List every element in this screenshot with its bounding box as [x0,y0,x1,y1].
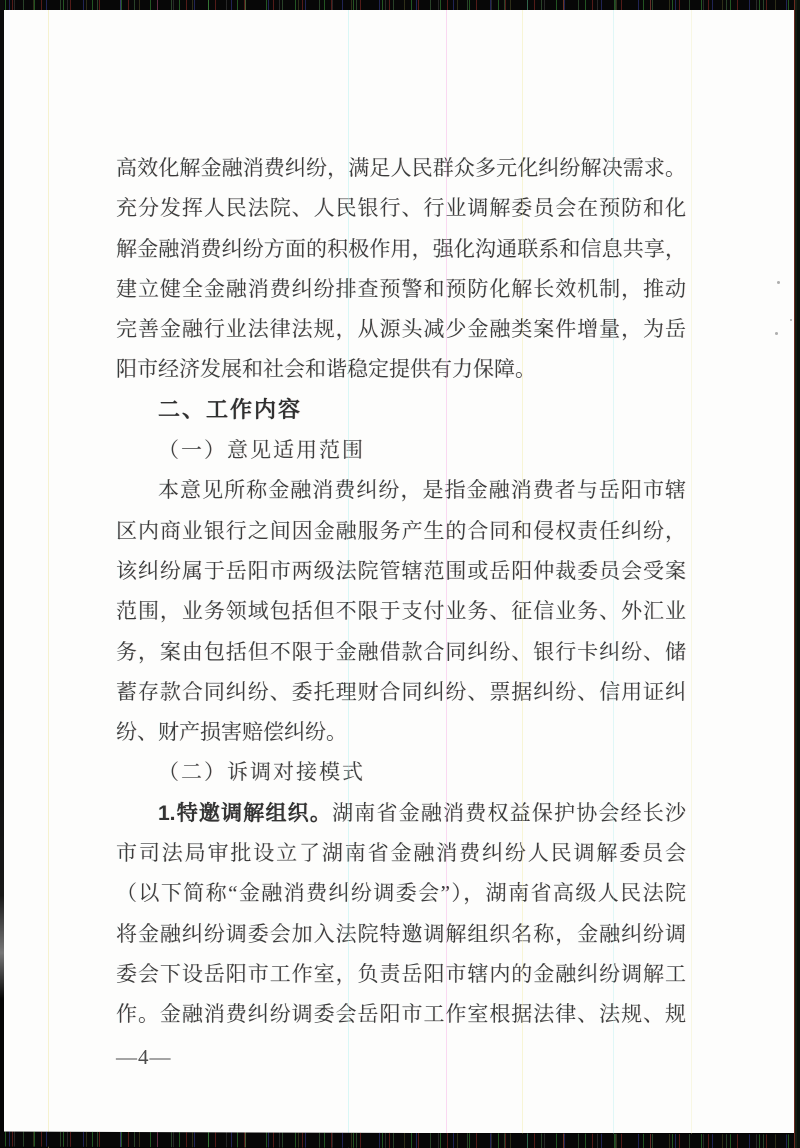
text-line: 纷、财产损害赔偿纠纷。 [116,712,686,752]
text-line: 市司法局审批设立了湖南省金融消费纠纷人民调解委员会 [116,833,686,873]
scanned-document-screenshot: 高效化解金融消费纠纷，满足人民群众多元化纠纷解决需求。充分发挥人民法院、人民银行… [0,0,800,1148]
text-line: （二）诉调对接模式 [116,752,686,792]
text-line: 二、工作内容 [116,390,686,430]
text-run: （以下简称“金融消费纠纷调委会”），湖南省高级人民法院 [116,881,686,905]
text-run: 蓄存款合同纠纷、委托理财合同纠纷、票据纠纷、信用证纠 [116,680,686,704]
text-line: 完善金融行业法律法规，从源头减少金融类案件增量，为岳 [116,309,686,349]
text-line: 充分发挥人民法院、人民银行、行业调解委员会在预防和化 [116,188,686,228]
text-line: 将金融纠纷调委会加入法院特邀调解组织名称，金融纠纷调 [116,914,686,954]
text-line: 作。金融消费纠纷调委会岳阳市工作室根据法律、法规、规 [116,994,686,1034]
text-line: 1.特邀调解组织。湖南省金融消费权益保护协会经长沙 [116,793,686,833]
page-number: —4— [116,1045,172,1070]
text-line: 务，案由包括但不限于金融借款合同纠纷、银行卡纠纷、储 [116,632,686,672]
scan-left-edge [0,0,4,1148]
text-line: 该纠纷属于岳阳市两级法院管辖范围或岳阳仲裁委员会受案 [116,551,686,591]
text-run: 务，案由包括但不限于金融借款合同纠纷、银行卡纠纷、储 [116,640,686,664]
text-run: 高效化解金融消费纠纷，满足人民群众多元化纠纷解决需求。 [116,156,686,180]
text-run: 阳市经济发展和社会和谐稳定提供有力保障。 [116,357,536,381]
text-line: 范围，业务领域包括但不限于支付业务、征信业务、外汇业 [116,591,686,631]
text-line: 区内商业银行之间因金融服务产生的合同和侵权责任纠纷， [116,511,686,551]
text-run: 范围，业务领域包括但不限于支付业务、征信业务、外汇业 [116,599,686,623]
text-line: 高效化解金融消费纠纷，满足人民群众多元化纠纷解决需求。 [116,148,686,188]
text-line: 本意见所称金融消费纠纷，是指金融消费者与岳阳市辖 [116,470,686,510]
text-run: 本意见所称金融消费纠纷，是指金融消费者与岳阳市辖 [158,478,686,502]
text-line: （以下简称“金融消费纠纷调委会”），湖南省高级人民法院 [116,873,686,913]
text-run: 建立健全金融消费纠纷排查预警和预防化解长效机制，推动 [116,277,686,301]
text-run: 委会下设岳阳市工作室，负责岳阳市辖内的金融纠纷调解工 [116,962,686,986]
document-text: 高效化解金融消费纠纷，满足人民群众多元化纠纷解决需求。充分发挥人民法院、人民银行… [116,148,686,1035]
text-run: （二）诉调对接模式 [158,760,365,784]
text-run: 1.特邀调解组织。 [158,802,332,825]
text-run: 该纠纷属于岳阳市两级法院管辖范围或岳阳仲裁委员会受案 [116,559,686,583]
text-run: 将金融纠纷调委会加入法院特邀调解组织名称，金融纠纷调 [116,922,686,946]
text-line: 委会下设岳阳市工作室，负责岳阳市辖内的金融纠纷调解工 [116,954,686,994]
text-line: 解金融消费纠纷方面的积极作用，强化沟通联系和信息共享， [116,229,686,269]
text-run: （一）意见适用范围 [158,438,365,462]
scan-top-band [0,0,800,10]
text-run: 作。金融消费纠纷调委会岳阳市工作室根据法律、法规、规 [116,1002,686,1026]
text-run: 纷、财产损害赔偿纠纷。 [116,720,347,744]
text-run: 充分发挥人民法院、人民银行、行业调解委员会在预防和化 [116,196,686,220]
text-run: 湖南省金融消费权益保护协会经长沙 [332,801,686,825]
text-run: 解金融消费纠纷方面的积极作用，强化沟通联系和信息共享， [116,237,686,261]
scan-right-edge [794,0,800,1148]
text-line: 阳市经济发展和社会和谐稳定提供有力保障。 [116,349,686,389]
text-run: 完善金融行业法律法规，从源头减少金融类案件增量，为岳 [116,317,686,341]
text-run: 二、工作内容 [158,397,302,422]
text-run: 市司法局审批设立了湖南省金融消费纠纷人民调解委员会 [116,841,686,865]
scan-bottom-band [0,1131,800,1148]
text-line: （一）意见适用范围 [116,430,686,470]
text-line: 蓄存款合同纠纷、委托理财合同纠纷、票据纠纷、信用证纠 [116,672,686,712]
text-run: 区内商业银行之间因金融服务产生的合同和侵权责任纠纷， [116,519,686,543]
text-line: 建立健全金融消费纠纷排查预警和预防化解长效机制，推动 [116,269,686,309]
document-page: 高效化解金融消费纠纷，满足人民群众多元化纠纷解决需求。充分发挥人民法院、人民银行… [4,10,794,1133]
